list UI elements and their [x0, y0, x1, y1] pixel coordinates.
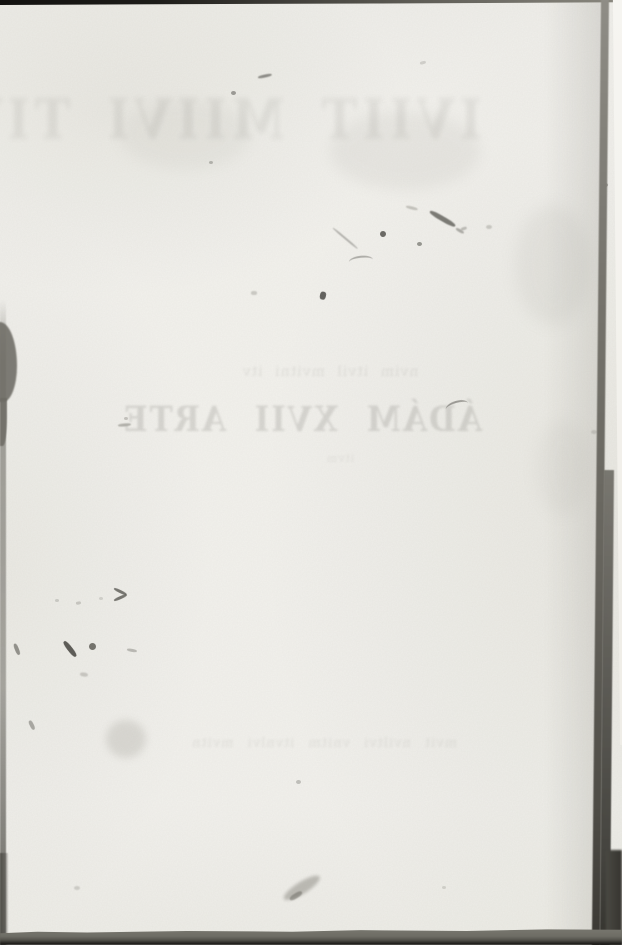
chevron-upper: [113, 587, 127, 596]
dot-row-c: [99, 597, 103, 600]
dot-row-b: [76, 601, 81, 605]
speck-top-2: [231, 91, 236, 95]
tilde-stroke: [444, 398, 469, 415]
ink-marks-layer: [0, 0, 622, 945]
bottom-right-corner-shadow: [606, 850, 622, 945]
dot-dark: [380, 231, 386, 237]
fleck-upper-3: [486, 225, 492, 229]
speck-top-4: [420, 60, 427, 64]
edge-dash-1: [13, 643, 21, 656]
stain-bottom-left: [106, 720, 146, 758]
left-edge-tail: [0, 398, 7, 446]
bottom-scan-band: [0, 926, 622, 945]
fleck-bottom-2: [442, 886, 446, 889]
dot-row-a: [55, 599, 59, 602]
dash-right-of-dot: [127, 648, 137, 653]
mark-bold-small: [319, 291, 327, 300]
ghost-main-line: ÁDÁM XVII ARTE: [182, 400, 482, 440]
speck-top-3: [209, 161, 213, 164]
fleck-upper-2: [461, 226, 468, 231]
right-page-edge-line: [592, 0, 609, 945]
dot-above-dash: [124, 417, 128, 420]
stroke-bold: [429, 209, 457, 228]
curl-stroke: [348, 255, 373, 267]
dot-mid: [417, 242, 422, 246]
top-scan-edge: [0, 0, 622, 5]
smudge-bottom-center-dark: [289, 890, 304, 902]
ghost-title-showthrough: IVIIT MIIVI TIVIM: [98, 88, 482, 152]
paper-grain-texture: [0, 0, 622, 945]
hairline-stroke: [332, 227, 358, 249]
scanned-book-page: IVIIT MIIVI TIVIMnvim itvil mvitni itvÁD…: [0, 0, 622, 945]
fleck-upper-1: [406, 205, 418, 211]
bottom-left-corner-shadow: [0, 853, 8, 945]
stain-right-1: [515, 205, 590, 325]
ghost-footer-line: mvit nviltvi vnitm itvnlvi mvitn: [138, 736, 510, 751]
fleck-lower-center: [296, 780, 301, 784]
fleck-mid-left: [251, 291, 257, 295]
fleck-bottom-1: [74, 886, 80, 890]
stain-title-left: [120, 100, 250, 170]
left-scan-edge: [0, 300, 6, 945]
fleck-right-mid: [591, 430, 597, 434]
ghost-sub-line: itvm: [305, 452, 375, 465]
showthrough-layer: IVIIT MIIVI TIVIMnvim itvil mvitni itvÁD…: [0, 0, 622, 945]
right-page-edge-line-lower: [600, 470, 614, 945]
ghost-imprint-line: nvim itvil mvitni itv: [228, 364, 432, 380]
left-edge-wedge: [0, 322, 17, 402]
dash-mid-left: [118, 423, 131, 427]
edge-tick-right: [603, 183, 608, 187]
dot-bold: [89, 643, 96, 650]
page-edge-sliver: [609, 0, 622, 745]
edge-dash-2: [28, 720, 36, 731]
stroke-tail: [455, 227, 464, 234]
stain-right-2: [535, 420, 590, 515]
fleck-below: [80, 672, 88, 677]
right-gutter-shadow: [545, 0, 603, 945]
smudge-bottom-center: [281, 872, 323, 904]
chevron-lower: [113, 593, 127, 601]
tick-bold: [62, 640, 78, 658]
stain-title-right: [330, 112, 480, 190]
speck-top-1: [258, 73, 272, 79]
